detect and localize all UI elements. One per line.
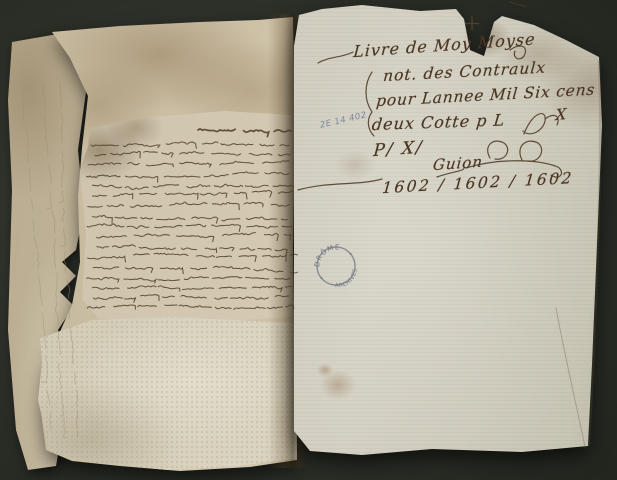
date-line: 1602 / 1602 / 1602 xyxy=(381,169,574,197)
paraph-line: P/ X/ xyxy=(373,137,425,161)
cross-mark xyxy=(466,17,479,30)
title-line-2: not. des Contraulx xyxy=(382,58,546,85)
cote-x-mark: X xyxy=(555,105,566,124)
stamp-text-bottom: ARCHIVES xyxy=(332,265,364,295)
svg-text:ARCHIVES: ARCHIVES xyxy=(332,265,364,295)
pencil-shelfmark: 2E 14 402 xyxy=(319,110,368,130)
signature: Guion xyxy=(432,153,484,175)
stamp-text-top: DRÔME xyxy=(308,237,345,271)
archival-photo-canvas: Livre de Moy Moyse not. des Contraulx po… xyxy=(0,0,617,480)
svg-text:DRÔME: DRÔME xyxy=(308,237,345,271)
archives-drome-stamp: DRÔME ARCHIVES xyxy=(305,235,367,297)
title-line-1: Livre de Moy Moyse xyxy=(353,29,537,61)
title-line-4: deux Cotte p L xyxy=(371,110,506,134)
